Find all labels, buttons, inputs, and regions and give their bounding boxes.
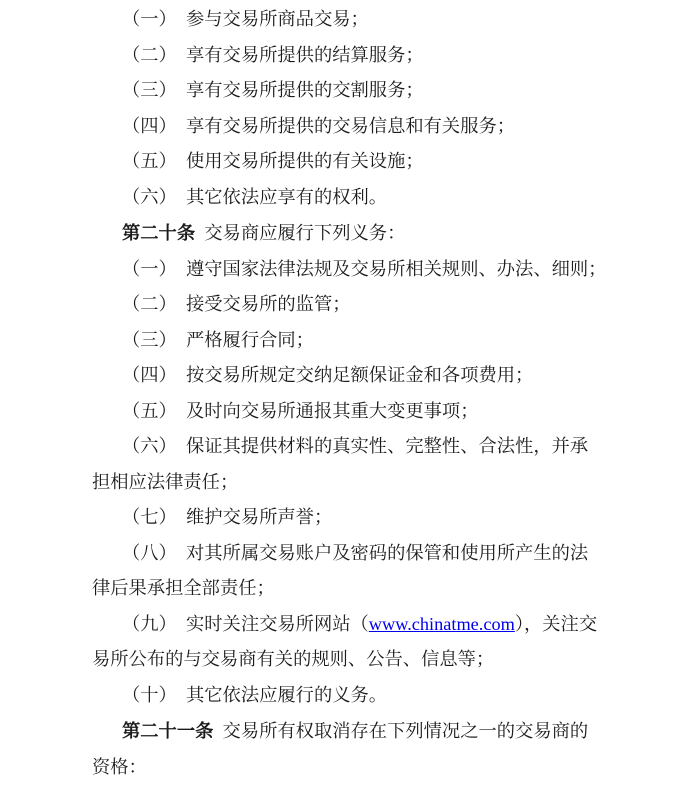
clause-item: （四） 按交易所规定交纳足额保证金和各项费用； bbox=[92, 358, 617, 394]
clause-item: （十） 其它依法应履行的义务。 bbox=[92, 678, 617, 714]
exchange-website-link[interactable]: www.chinatme.com bbox=[369, 614, 515, 634]
clause-item: （五） 使用交易所提供的有关设施； bbox=[92, 144, 617, 180]
clause-item: （一） 遵守国家法律法规及交易所相关规则、办法、细则； bbox=[92, 252, 617, 288]
clause-item: （二） 接受交易所的监管； bbox=[92, 287, 617, 323]
article-20-text: 交易商应履行下列义务： bbox=[195, 223, 405, 243]
article-21-number: 第二十一条 bbox=[122, 720, 213, 741]
clause-text-before-link: （九） 实时关注交易所网站（ bbox=[122, 614, 369, 634]
article-21-paragraph: 第二十一条 交易所有权取消存在下列情况之一的交易商的 资格： bbox=[92, 713, 617, 785]
clause-item: （六） 保证其提供材料的真实性、完整性、合法性，并承 担相应法律责任； bbox=[92, 429, 617, 500]
article-20-number: 第二十条 bbox=[122, 222, 195, 243]
article-20-paragraph: 第二十条 交易商应履行下列义务： bbox=[92, 215, 617, 252]
clause-item: （六） 其它依法应享有的权利。 bbox=[92, 180, 617, 216]
document-page: （一） 参与交易所商品交易； （二） 享有交易所提供的结算服务； （三） 享有交… bbox=[0, 0, 692, 785]
clause-item: （二） 享有交易所提供的结算服务； bbox=[92, 38, 617, 74]
clause-item: （三） 严格履行合同； bbox=[92, 323, 617, 359]
clause-item: （三） 享有交易所提供的交割服务； bbox=[92, 73, 617, 109]
clause-item-with-link: （九） 实时关注交易所网站（www.chinatme.com），关注交 易所公布… bbox=[92, 607, 617, 678]
clause-item: （四） 享有交易所提供的交易信息和有关服务； bbox=[92, 109, 617, 145]
clause-item: （一） 参与交易所商品交易； bbox=[92, 2, 617, 38]
clause-item: （八） 对其所属交易账户及密码的保管和使用所产生的法 律后果承担全部责任； bbox=[92, 536, 617, 607]
clause-item: （五） 及时向交易所通报其重大变更事项； bbox=[92, 394, 617, 430]
clause-item: （七） 维护交易所声誉； bbox=[92, 500, 617, 536]
